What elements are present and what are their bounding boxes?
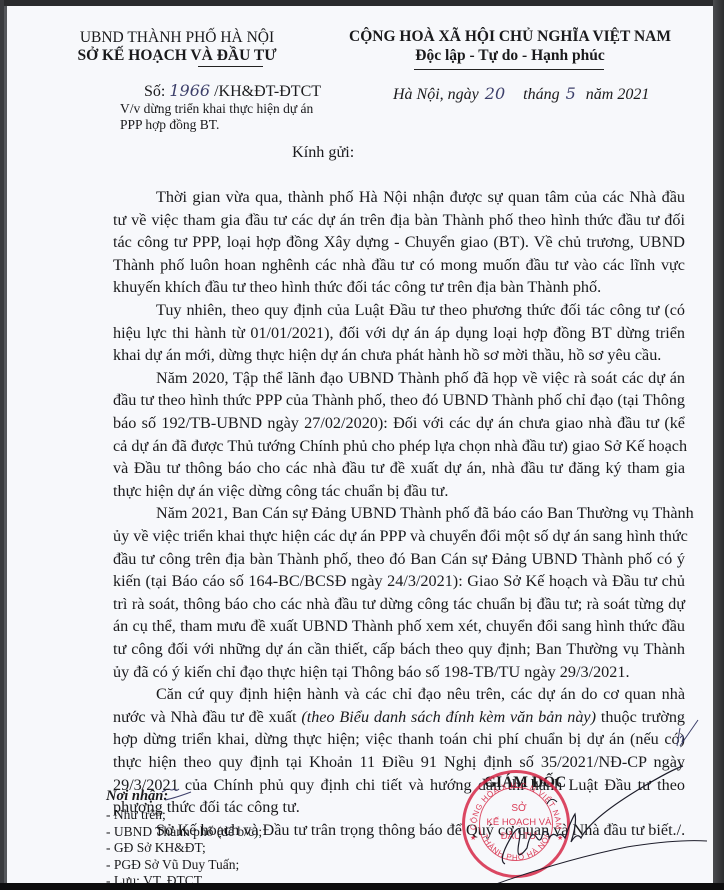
date-year: năm 2021 [586, 86, 650, 103]
header-left-rule [198, 66, 263, 67]
body-line: tác công tư PPP, loại hợp đồng Xây dựng … [113, 231, 685, 254]
body-line: án cụ thể, tham mưu đề xuất UBND Thành p… [113, 615, 685, 638]
body-text-italic: (theo Biểu danh sách đính kèm văn bản nà… [301, 708, 596, 726]
initial-check-icon [672, 718, 702, 750]
body-line: thực hiện dự án việc dừng công tác chuẩn… [113, 480, 685, 503]
body-line: tư về việc tham gia đầu tư các dự án trê… [113, 209, 685, 232]
issuer-authority: UBND THÀNH PHỐ HÀ NỘI [7, 29, 347, 47]
body-line: đầu tư theo hình thức PPP của Thành phố,… [113, 389, 685, 412]
body-line: ủy về việc triển khai thực hiện các dự á… [113, 525, 685, 548]
recipient-item: - GĐ Sở KH&ĐT; [106, 840, 206, 857]
document-page: UBND THÀNH PHỐ HÀ NỘI SỞ KẾ HOẠCH VÀ ĐẦU… [7, 6, 713, 883]
body-line: báo số 192/TB-UBND ngày 27/02/2020): Đối… [113, 412, 685, 435]
header-right-rule [414, 69, 604, 70]
body-line: Căn cứ quy định hiện hành và các chỉ đạo… [156, 683, 685, 706]
salutation: Kính gửi: [292, 143, 354, 162]
body-text: nước và Nhà đầu tư đề xuất [113, 708, 301, 726]
recipient-item: - Như trên; [106, 807, 166, 824]
document-number-handwritten: 1966 [169, 81, 210, 100]
body-line: nước và Nhà đầu tư đề xuất (theo Biểu da… [113, 706, 685, 729]
date-month-label: tháng [523, 86, 559, 103]
issuer-department: SỞ KẾ HOẠCH VÀ ĐẦU TƯ [7, 47, 347, 65]
body-line: cả dự án đã được Thủ tướng Chính phủ cho… [113, 435, 685, 458]
signature-icon [447, 746, 713, 883]
body-line: Tuy nhiên, theo quy định của Luật Đầu tư… [156, 299, 685, 322]
body-line: tư công đối với những dự án cần thiết, c… [113, 638, 685, 661]
body-line: Năm 2021, Ban Cán sự Đảng UBND Thành phố… [156, 502, 685, 525]
national-motto: Độc lập - Tự do - Hạnh phúc [340, 47, 680, 65]
body-line: trì rà soát, thông báo cho các nhà đầu t… [113, 593, 685, 616]
initials-mark-icon [157, 786, 207, 808]
body-line: khuyến khích đầu tư theo hình thức đối t… [113, 276, 685, 299]
recipient-item: - UBND Thành phố (để b/c); [106, 824, 262, 841]
body-line: khai dự án mới, dừng thực hiện dự án chư… [113, 344, 685, 367]
window-frame-bottom [0, 883, 724, 890]
document-date: Hà Nội, ngày 20 tháng 5 năm 2021 [393, 84, 649, 104]
date-day: 20 [485, 84, 505, 103]
document-number-prefix: Số: [144, 83, 165, 100]
body-line: ủy đã có ý kiến chỉ đạo thực hiện tại Th… [113, 661, 685, 684]
body-line: đầu tư công trên địa bàn Thành phố, theo… [113, 548, 685, 571]
body-line: Thời gian vừa qua, thành phố Hà Nội nhận… [156, 186, 685, 209]
subject-line-1: V/v dừng triển khai thực hiện dự án [120, 101, 313, 117]
document-number: Số: 1966 /KH&ĐT-ĐTCT [144, 81, 321, 101]
body-line: và Đầu tư thông báo cho các nhà đầu tư đ… [113, 457, 685, 480]
recipient-item: - PGĐ Sở Vũ Duy Tuấn; [106, 857, 239, 874]
body-line: kiến (tại Báo cáo số 164-BC/BCSĐ ngày 24… [113, 570, 685, 593]
recipient-item: - Lưu: VT, ĐTCT. [106, 873, 204, 883]
subject-line-2: PPP hợp đồng BT. [120, 117, 219, 133]
body-line: Thành phố luôn hoan nghênh các nhà đầu t… [113, 254, 685, 277]
date-place: Hà Nội, ngày [393, 86, 479, 103]
body-line: hiệu lực thi hành từ 01/01/2021), đối vớ… [113, 322, 685, 345]
body-line: Năm 2020, Tập thể lãnh đạo UBND Thành ph… [156, 367, 685, 390]
document-number-suffix: /KH&ĐT-ĐTCT [214, 83, 321, 100]
national-title: CỘNG HOÀ XÃ HỘI CHỦ NGHĨA VIỆT NAM [340, 28, 680, 46]
window-frame-right [713, 0, 724, 890]
date-month: 5 [566, 84, 576, 103]
